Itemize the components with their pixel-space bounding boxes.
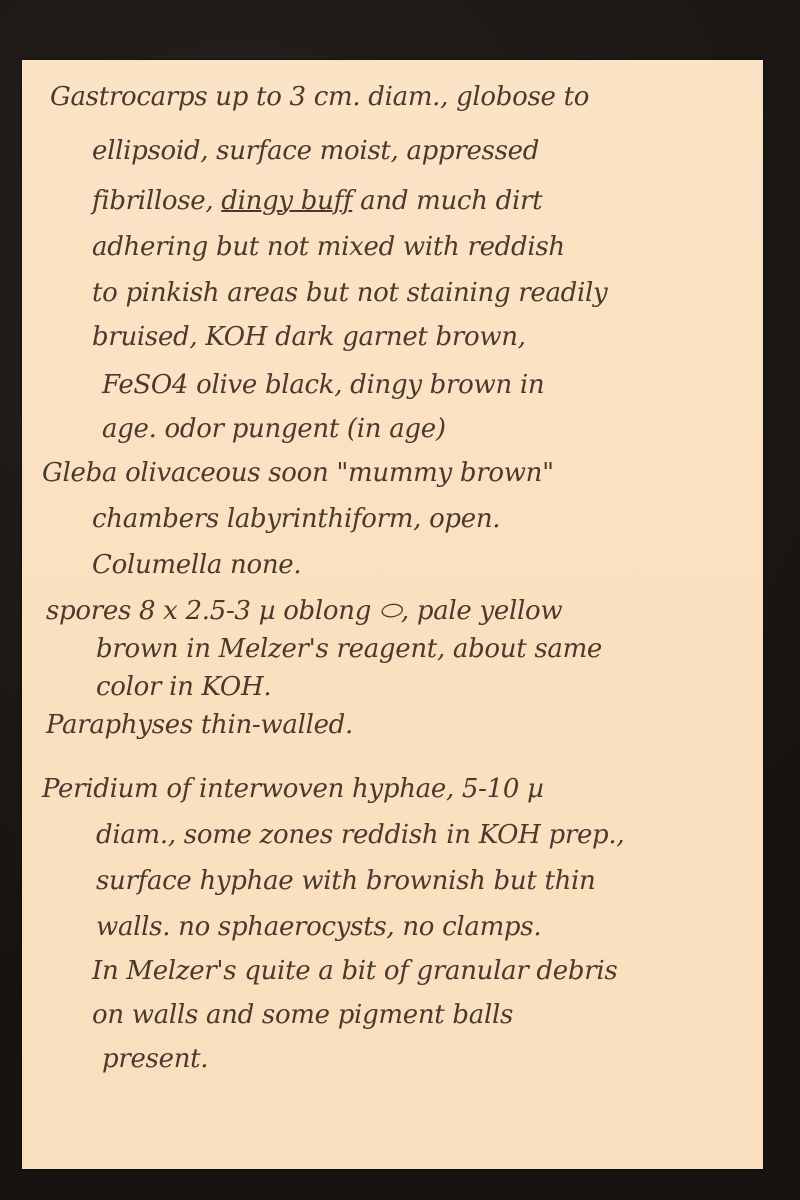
- underlined-phrase: dingy buff: [221, 186, 352, 216]
- text-line: fibrillose, dingy buff and much dirt: [92, 186, 542, 216]
- text-line: Gleba olivaceous soon "mummy brown": [42, 458, 554, 488]
- text-line: brown in Melzer's reagent, about same: [96, 634, 602, 664]
- text-line: to pinkish areas but not staining readil…: [92, 278, 607, 308]
- text-line: spores 8 x 2.5-3 µ oblong ⬭, pale yellow: [46, 596, 562, 627]
- text-line: walls. no sphaerocysts, no clamps.: [96, 912, 541, 942]
- text-line: on walls and some pigment balls: [92, 1000, 513, 1030]
- text-line: surface hyphae with brownish but thin: [96, 866, 596, 896]
- text-line: adhering but not mixed with reddish: [92, 232, 565, 262]
- text-fragment: and much dirt: [352, 186, 542, 216]
- text-line: diam., some zones reddish in KOH prep.,: [96, 820, 624, 850]
- text-line: Columella none.: [92, 550, 301, 580]
- text-fragment: fibrillose,: [92, 186, 221, 216]
- text-line: age. odor pungent (in age): [102, 414, 446, 444]
- text-line: chambers labyrinthiform, open.: [92, 504, 500, 534]
- text-line: In Melzer's quite a bit of granular debr…: [92, 956, 617, 986]
- text-line: Peridium of interwoven hyphae, 5-10 µ: [42, 774, 544, 804]
- text-line: FeSO4 olive black, dingy brown in: [102, 370, 544, 400]
- text-line: Paraphyses thin-walled.: [46, 710, 353, 740]
- text-line: bruised, KOH dark garnet brown,: [92, 322, 526, 352]
- text-line: Gastrocarps up to 3 cm. diam., globose t…: [50, 82, 589, 112]
- specimen-note-card: Gastrocarps up to 3 cm. diam., globose t…: [22, 60, 763, 1169]
- text-line: ellipsoid, surface moist, appressed: [92, 136, 539, 166]
- text-line: color in KOH.: [96, 672, 271, 702]
- text-line: present.: [102, 1044, 208, 1074]
